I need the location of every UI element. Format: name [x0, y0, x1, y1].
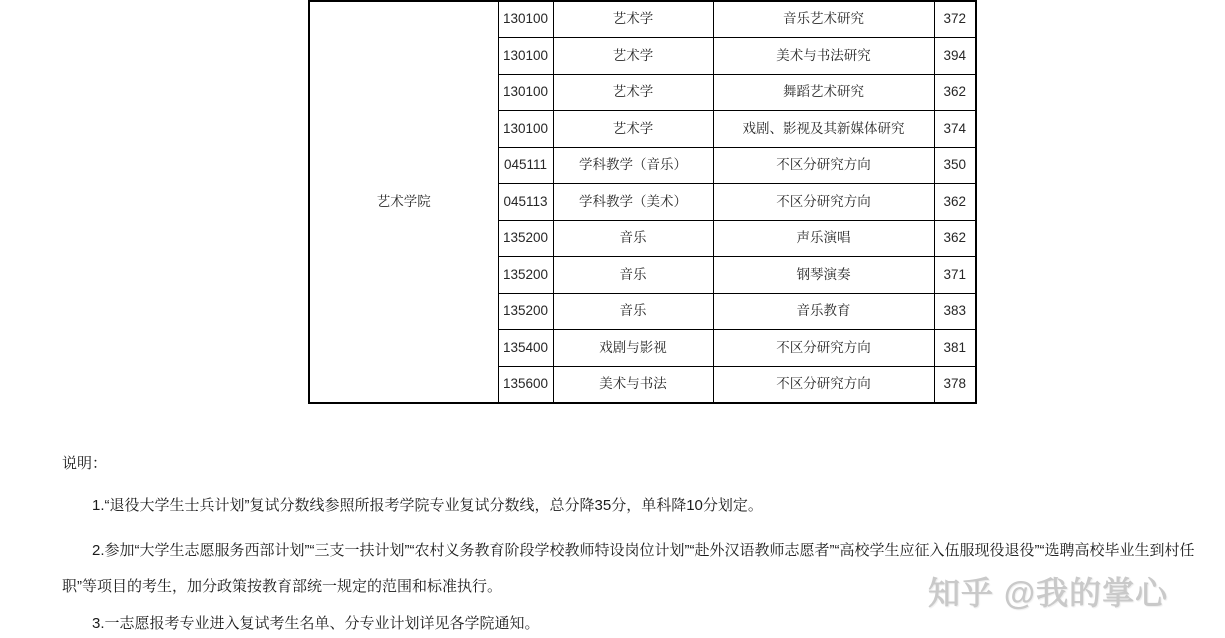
score-cell: 362: [934, 220, 976, 257]
major-name-cell: 艺术学: [553, 111, 713, 148]
research-direction-cell: 音乐教育: [713, 293, 934, 330]
research-direction-cell: 不区分研究方向: [713, 330, 934, 367]
score-cell: 383: [934, 293, 976, 330]
major-name-cell: 艺术学: [553, 38, 713, 75]
major-code-cell: 135200: [498, 220, 553, 257]
major-code-cell: 130100: [498, 111, 553, 148]
major-name-cell: 音乐: [553, 293, 713, 330]
notes-heading: 说明：: [62, 446, 1205, 482]
score-cell: 371: [934, 257, 976, 294]
research-direction-cell: 戏剧、影视及其新媒体研究: [713, 111, 934, 148]
major-code-cell: 130100: [498, 38, 553, 75]
college-name-cell: 艺术学院: [309, 1, 498, 403]
score-cell: 372: [934, 1, 976, 38]
major-code-cell: 130100: [498, 1, 553, 38]
major-code-cell: 135400: [498, 330, 553, 367]
research-direction-cell: 舞蹈艺术研究: [713, 74, 934, 111]
score-cell: 378: [934, 366, 976, 403]
research-direction-cell: 美术与书法研究: [713, 38, 934, 75]
major-name-cell: 美术与书法: [553, 366, 713, 403]
note-item-1: 1.“退役大学生士兵计划”复试分数线参照所报考学院专业复试分数线，总分降35分，…: [62, 488, 1205, 524]
major-code-cell: 135200: [498, 257, 553, 294]
score-cell: 381: [934, 330, 976, 367]
admission-score-table: 艺术学院 130100 艺术学 音乐艺术研究 372 130100 艺术学 美术…: [308, 0, 977, 404]
major-name-cell: 艺术学: [553, 1, 713, 38]
major-code-cell: 045113: [498, 184, 553, 221]
score-cell: 362: [934, 184, 976, 221]
major-code-cell: 135600: [498, 366, 553, 403]
score-cell: 394: [934, 38, 976, 75]
research-direction-cell: 声乐演唱: [713, 220, 934, 257]
major-name-cell: 戏剧与影视: [553, 330, 713, 367]
major-name-cell: 音乐: [553, 220, 713, 257]
major-code-cell: 045111: [498, 147, 553, 184]
major-name-cell: 音乐: [553, 257, 713, 294]
score-table-body: 艺术学院 130100 艺术学 音乐艺术研究 372 130100 艺术学 美术…: [309, 1, 976, 403]
major-code-cell: 135200: [498, 293, 553, 330]
research-direction-cell: 不区分研究方向: [713, 366, 934, 403]
research-direction-cell: 不区分研究方向: [713, 147, 934, 184]
score-cell: 362: [934, 74, 976, 111]
score-cell: 350: [934, 147, 976, 184]
research-direction-cell: 不区分研究方向: [713, 184, 934, 221]
zhihu-watermark: 知乎 @我的掌心: [928, 568, 1168, 614]
major-name-cell: 学科教学（音乐）: [553, 147, 713, 184]
table-row: 艺术学院 130100 艺术学 音乐艺术研究 372: [309, 1, 976, 38]
major-name-cell: 学科教学（美术）: [553, 184, 713, 221]
research-direction-cell: 音乐艺术研究: [713, 1, 934, 38]
score-cell: 374: [934, 111, 976, 148]
research-direction-cell: 钢琴演奏: [713, 257, 934, 294]
major-code-cell: 130100: [498, 74, 553, 111]
major-name-cell: 艺术学: [553, 74, 713, 111]
